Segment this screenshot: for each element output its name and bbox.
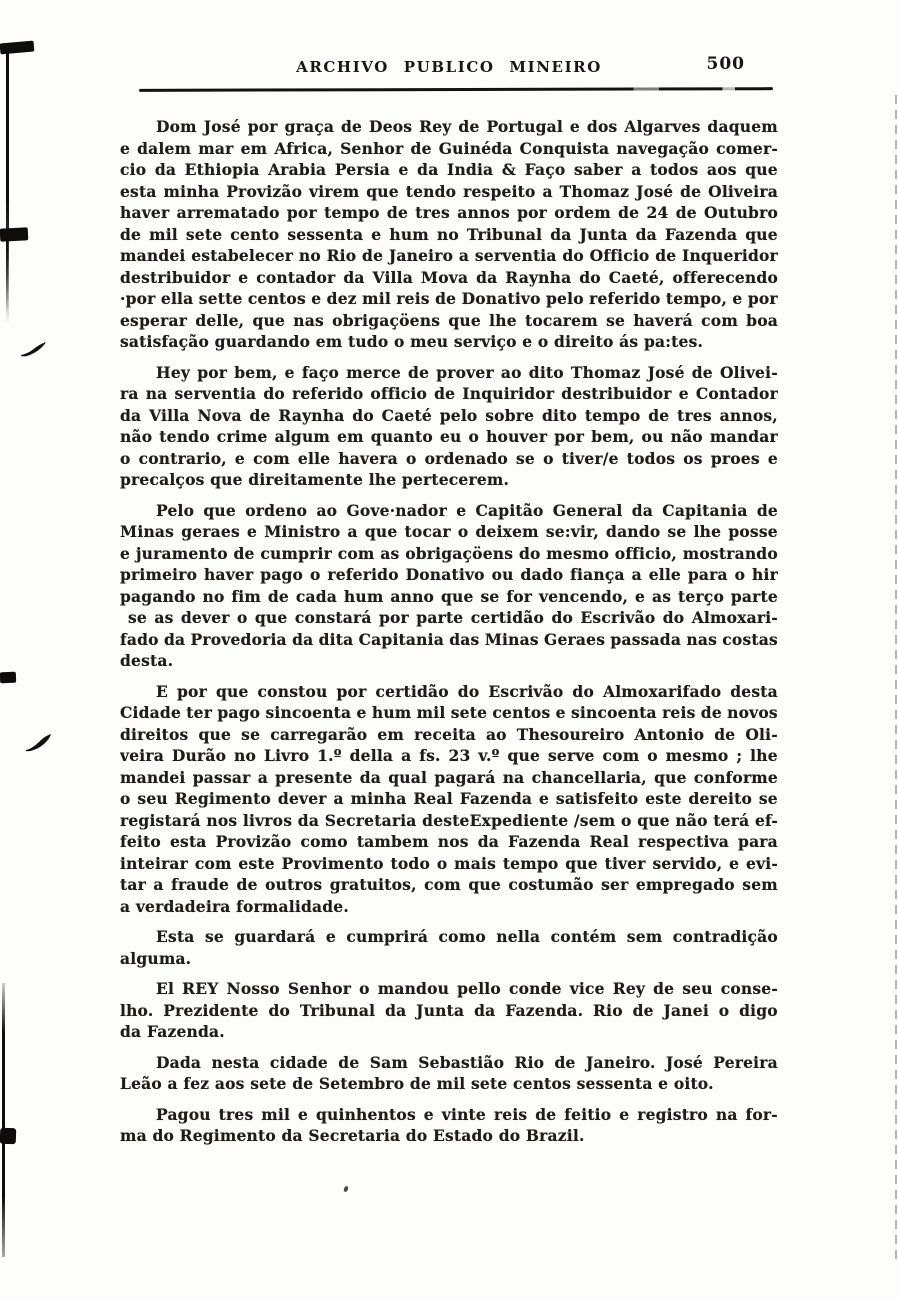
text-line: desta.	[120, 650, 778, 672]
text-line: estaminhaProvizãoviremquetendorespeitoaT…	[120, 181, 778, 203]
binding-line	[6, 241, 8, 313]
text-line: inteirarcomesteProvimentotodoomaistempoq…	[120, 853, 778, 875]
text-line: ocontrario,ecomellehaveraoordenadoseotiv…	[120, 448, 778, 470]
text-line: esperardelle,quenasobrigaçöensquelhetoca…	[120, 310, 778, 332]
text-line: DadanestacidadedeSamSebastiãoRiodeJaneir…	[120, 1052, 778, 1074]
text-line: Heyporbem,efaçomercedeproveraoditoThomaz…	[120, 362, 778, 384]
paragraph: ElREYNossoSenhoromandoupellocondeviceRey…	[120, 978, 778, 1043]
paragraph: DadanestacidadedeSamSebastiãoRiodeJaneir…	[120, 1052, 778, 1095]
text-line: alguma.	[120, 948, 778, 970]
journal-title: ARCHIVO PUBLICO MINEIRO	[120, 58, 778, 76]
text-line: fadodaProvedoriadaditaCapitaniadasMinasG…	[120, 629, 778, 651]
paragraph: EporqueconstouporcertidãodoEscrivãodoAlm…	[120, 681, 778, 918]
page-header: ARCHIVO PUBLICO MINEIRO 500	[120, 58, 778, 88]
ink-smudge-icon	[0, 672, 16, 684]
paragraph: Estaseguardaráecumprirácomonellacontémse…	[120, 926, 778, 969]
ink-smudge-icon	[0, 227, 28, 241]
text-line: tarafraudedeoutrosgratuitos,comquecostum…	[120, 874, 778, 896]
text-line: precalços que direitamente lhe pertecere…	[120, 469, 778, 491]
text-line: ·porellasettecentosedezmilreisdeDonativo…	[120, 288, 778, 310]
text-line: registaránoslivrosdaSecretariadesteExped…	[120, 810, 778, 832]
text-line: ranaserventiadoreferidoofficiodeInquirid…	[120, 383, 778, 405]
text-line: EporqueconstouporcertidãodoEscrivãodoAlm…	[120, 681, 778, 703]
paragraph: PeloqueordenoaoGove·nadoreCapitãoGeneral…	[120, 500, 778, 672]
text-line: Cidadeterpagosincoentaehummilsetecentose…	[120, 702, 778, 724]
text-line: ejuramentodecumprircomasobrigaçöensdomes…	[120, 543, 778, 565]
text-line: mandeiestabelecernoRiodeJaneiroaserventi…	[120, 245, 778, 267]
text-line: Pagoutresmilequinhentosevintereisdefeiti…	[120, 1104, 778, 1126]
ink-flourish-icon	[20, 340, 47, 359]
header-rule	[139, 87, 773, 92]
text-line: a verdadeira formalidade.	[120, 896, 778, 918]
paragraph: Heyporbem,efaçomercedeproveraoditoThomaz…	[120, 362, 778, 491]
text-line: edalemmaremAfrica,SenhordeGuinédaConquis…	[120, 138, 778, 160]
paragraph: Pagoutresmilequinhentosevintereisdefeiti…	[120, 1104, 778, 1147]
binding-line	[2, 983, 5, 1257]
text-line: haverarrematadoportempodetresannosporord…	[120, 202, 778, 224]
document-body: DomJoséporgraçadeDeosReydePortugaledosAl…	[120, 116, 778, 1156]
text-line: PeloqueordenoaoGove·nadoreCapitãoGeneral…	[120, 500, 778, 522]
text-line: da Fazenda.	[120, 1021, 778, 1043]
text-line: mandeipassarapresentedaqualpagaránachanc…	[120, 767, 778, 789]
text-line: oseuRegimentodeveraminhaRealFazendaesati…	[120, 788, 778, 810]
text-line: seasdeveroqueconstaráporpartecertidãodoE…	[120, 607, 778, 629]
text-line: pagandonofimdecadahumannoqueseforvencend…	[120, 586, 778, 608]
text-line: feitoestaProvizãocomotambemnosdaFazendaR…	[120, 831, 778, 853]
text-line: destribuidorecontadordaVillaMovadaRaynha…	[120, 267, 778, 289]
text-line: Estaseguardaráecumprirácomonellacontémse…	[120, 926, 778, 948]
text-line: veiraDurãonoLivro1.ºdellaafs.23v.ºqueser…	[120, 745, 778, 767]
text-line: nãotendocrimealgumemquantoeuohouverporbe…	[120, 426, 778, 448]
paragraph: DomJoséporgraçadeDeosReydePortugaledosAl…	[120, 116, 778, 353]
text-line: MinasgeraeseMinistroaquetocarodeixemse:v…	[120, 521, 778, 543]
scanned-document-page: ARCHIVO PUBLICO MINEIRO 500 DomJoséporgr…	[0, 0, 898, 1301]
margin-crease-line	[895, 95, 897, 1260]
text-line: primeirohaverpagooreferidoDonativooudado…	[120, 564, 778, 586]
text-line: lho.PrezidentedoTribunaldaJuntadaFazenda…	[120, 1000, 778, 1022]
text-line: ciodaEthiopiaArabiaPersiaedaIndia&Façosa…	[120, 159, 778, 181]
ink-flourish-icon	[24, 733, 53, 753]
text-line: ma do Regimento da Secretaria do Estado …	[120, 1125, 778, 1147]
text-line: direitosquesecarregarãoemreceitaaoThesou…	[120, 724, 778, 746]
page-number: 500	[707, 54, 746, 74]
text-line: Leão a fez aos sete de Setembro de mil s…	[120, 1073, 778, 1095]
ink-speck-icon	[343, 1185, 349, 1192]
text-line: demilsetecentosessentaehumnoTribunaldaJu…	[120, 224, 778, 246]
text-line: DomJoséporgraçadeDeosReydePortugaledosAl…	[120, 116, 778, 138]
ink-smudge-icon	[0, 1128, 16, 1145]
text-line: ElREYNossoSenhoromandoupellocondeviceRey…	[120, 978, 778, 1000]
text-line: daVillaNovadeRaynhadoCaetépelosobreditot…	[120, 405, 778, 427]
text-line: satisfação guardando em tudo o meu servi…	[120, 331, 778, 353]
